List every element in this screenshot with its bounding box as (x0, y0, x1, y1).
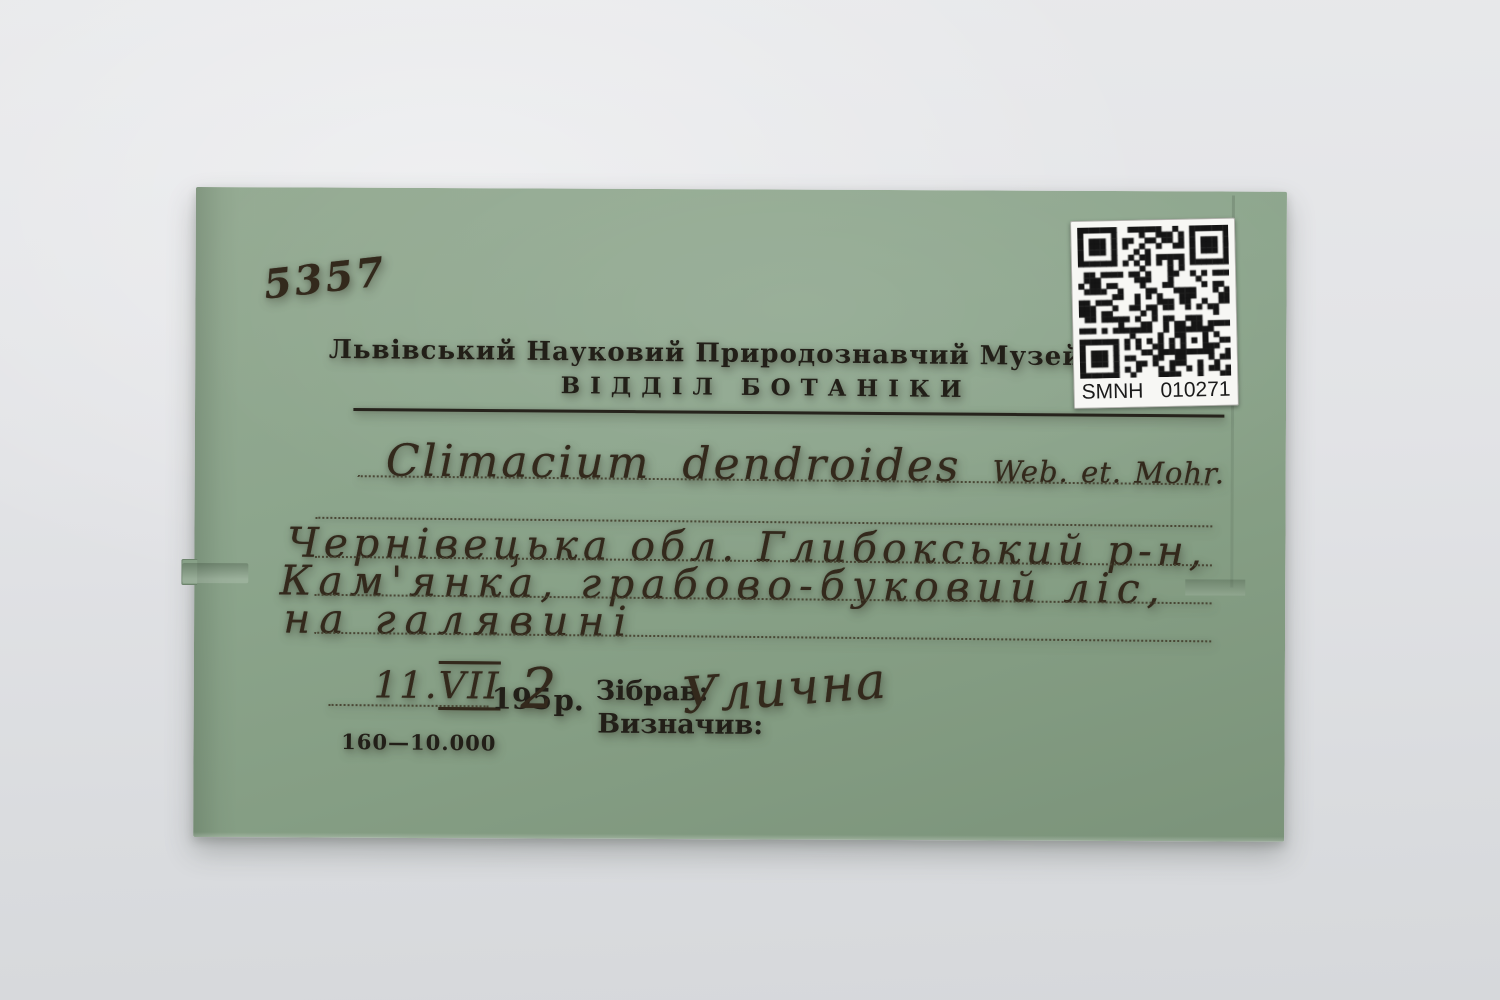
barcode-number: 010271 (1160, 378, 1231, 403)
year-suffix: р. (553, 683, 584, 717)
barcode-institution: SMNH (1081, 380, 1143, 405)
barcode-sticker: SMNH 010271 (1070, 218, 1239, 409)
qr-code (1077, 225, 1231, 379)
accession-number: 5357 (261, 248, 389, 309)
collection-date: 11.VII (374, 663, 501, 707)
species-name: Climacium dendroides (386, 435, 962, 492)
locality-line-3: на галявині (283, 594, 636, 645)
barcode-caption: SMNH 010271 (1081, 378, 1230, 405)
print-run-code: 160—10.000 (341, 729, 496, 755)
date-day: 11. (374, 663, 439, 707)
determiner-signature: Улична (680, 651, 890, 725)
species-line: Climacium dendroides Web. et. Mohr. (386, 435, 1226, 494)
header-rule (353, 408, 1224, 418)
year-handwritten: 2 (520, 657, 556, 722)
dotted-line-date (329, 704, 489, 708)
photo-background: 5357 Львівський Науковий Природознавчий … (0, 0, 1500, 1000)
